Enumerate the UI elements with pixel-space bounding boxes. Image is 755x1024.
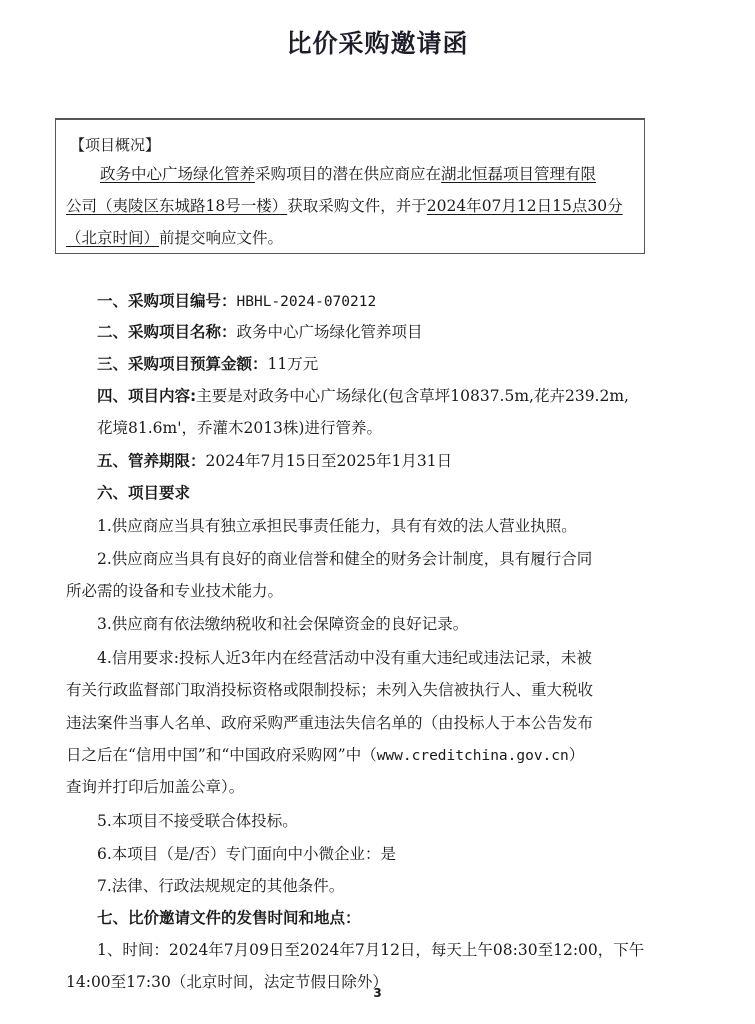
requirement-4-cont: 查询并打印后加盖公章）。 — [66, 775, 244, 797]
overview-line-2: 公司（夷陵区东城路18号一楼）获取采购文件，并于2024年07月12日15点30… — [66, 194, 623, 216]
overview-heading: 【项目概况】 — [70, 134, 160, 155]
section-content: 四、项目内容:主要是对政务中心广场绿化(包含草坪10837.5m,花卉239.2… — [97, 384, 629, 406]
project-overview-box: 【项目概况】 政务中心广场绿化管养采购项目的潜在供应商应在湖北恒磊项目管理有限 … — [55, 118, 645, 254]
overview-project-name: 政务中心广场绿化管养 — [100, 165, 255, 183]
requirement-3: 3.供应商有依法缴纳税收和社会保障资金的良好记录。 — [97, 612, 468, 634]
requirement-2: 2.供应商应当具有良好的商业信誉和健全的财务会计制度，具有履行合同 — [97, 547, 592, 569]
document-title: 比价采购邀请函 — [0, 24, 755, 60]
section-maintenance-period: 五、管养期限：2024年7月15日至2025年1月31日 — [97, 449, 452, 471]
overview-text: 前提交响应文件。 — [159, 229, 283, 247]
creditchina-link[interactable]: www.creditchina.gov.cn — [377, 748, 569, 764]
requirement-4-cont: 日之后在“信用中国”和“中国政府采购网”中（www.creditchina.go… — [66, 743, 584, 765]
requirement-text: 日之后在“信用中国”和“中国政府采购网”中（ — [66, 746, 377, 764]
requirement-text: ） — [569, 746, 585, 764]
requirement-4-cont: 有关行政监督部门取消投标资格或限制投标；未列入失信被执行人、重大税收 — [66, 678, 593, 700]
overview-company: 湖北恒磊项目管理有限 — [441, 165, 596, 183]
project-name: 政务中心广场绿化管养项目 — [237, 323, 423, 341]
sale-time-line: 1、时间：2024年7月09日至2024年7月12日，每天上午08:30至12:… — [97, 938, 644, 960]
section-label: 五、管养期限： — [97, 452, 206, 470]
section-sale-time-place: 七、比价邀请文件的发售时间和地点： — [97, 906, 361, 928]
requirement-4: 4.信用要求:投标人近3年内在经营活动中没有重大违纪或违法记录，未被 — [97, 646, 592, 668]
section-requirements: 六、项目要求 — [97, 481, 190, 503]
section-project-number: 一、采购项目编号：HBHL-2024-070212 — [97, 289, 376, 311]
requirement-2-cont: 所必需的设备和专业技术能力。 — [66, 579, 283, 601]
overview-company-address: 公司（夷陵区东城路18号一楼） — [66, 197, 287, 215]
section-label: 四、项目内容: — [97, 387, 196, 405]
budget-amount: 11万元 — [268, 355, 319, 373]
overview-text: 获取采购文件，并于 — [287, 197, 427, 215]
project-number: HBHL-2024-070212 — [237, 294, 377, 310]
maintenance-period: 2024年7月15日至2025年1月31日 — [206, 452, 453, 470]
requirement-5: 5.本项目不接受联合体投标。 — [97, 809, 298, 831]
section-budget: 三、采购项目预算金额：11万元 — [97, 352, 318, 374]
overview-timezone: （北京时间） — [66, 229, 159, 247]
section-label: 三、采购项目预算金额： — [97, 355, 268, 373]
content-text-cont: 花境81.6m'，乔灌木2013株)进行管养。 — [97, 416, 382, 438]
content-text: 主要是对政务中心广场绿化(包含草坪10837.5m,花卉239.2m, — [196, 387, 629, 405]
page-number: 3 — [0, 986, 755, 1000]
requirement-1: 1.供应商应当具有独立承担民事责任能力，具有有效的法人营业执照。 — [97, 514, 577, 536]
overview-text: 采购项目的潜在供应商应在 — [255, 165, 441, 183]
section-label: 二、采购项目名称： — [97, 323, 237, 341]
requirement-7: 7.法律、行政法规规定的其他条件。 — [97, 874, 344, 896]
section-project-name: 二、采购项目名称：政务中心广场绿化管养项目 — [97, 320, 423, 342]
section-label: 一、采购项目编号： — [97, 292, 237, 310]
overview-line-1: 政务中心广场绿化管养采购项目的潜在供应商应在湖北恒磊项目管理有限 — [100, 162, 596, 184]
requirement-4-cont: 违法案件当事人名单、政府采购严重违法失信名单的（由投标人于本公告发布 — [66, 711, 593, 733]
overview-deadline: 2024年07月12日15点30分 — [427, 197, 623, 215]
requirement-6: 6.本项目（是/否）专门面向中小微企业：是 — [97, 842, 396, 864]
overview-line-3: （北京时间）前提交响应文件。 — [66, 226, 283, 248]
